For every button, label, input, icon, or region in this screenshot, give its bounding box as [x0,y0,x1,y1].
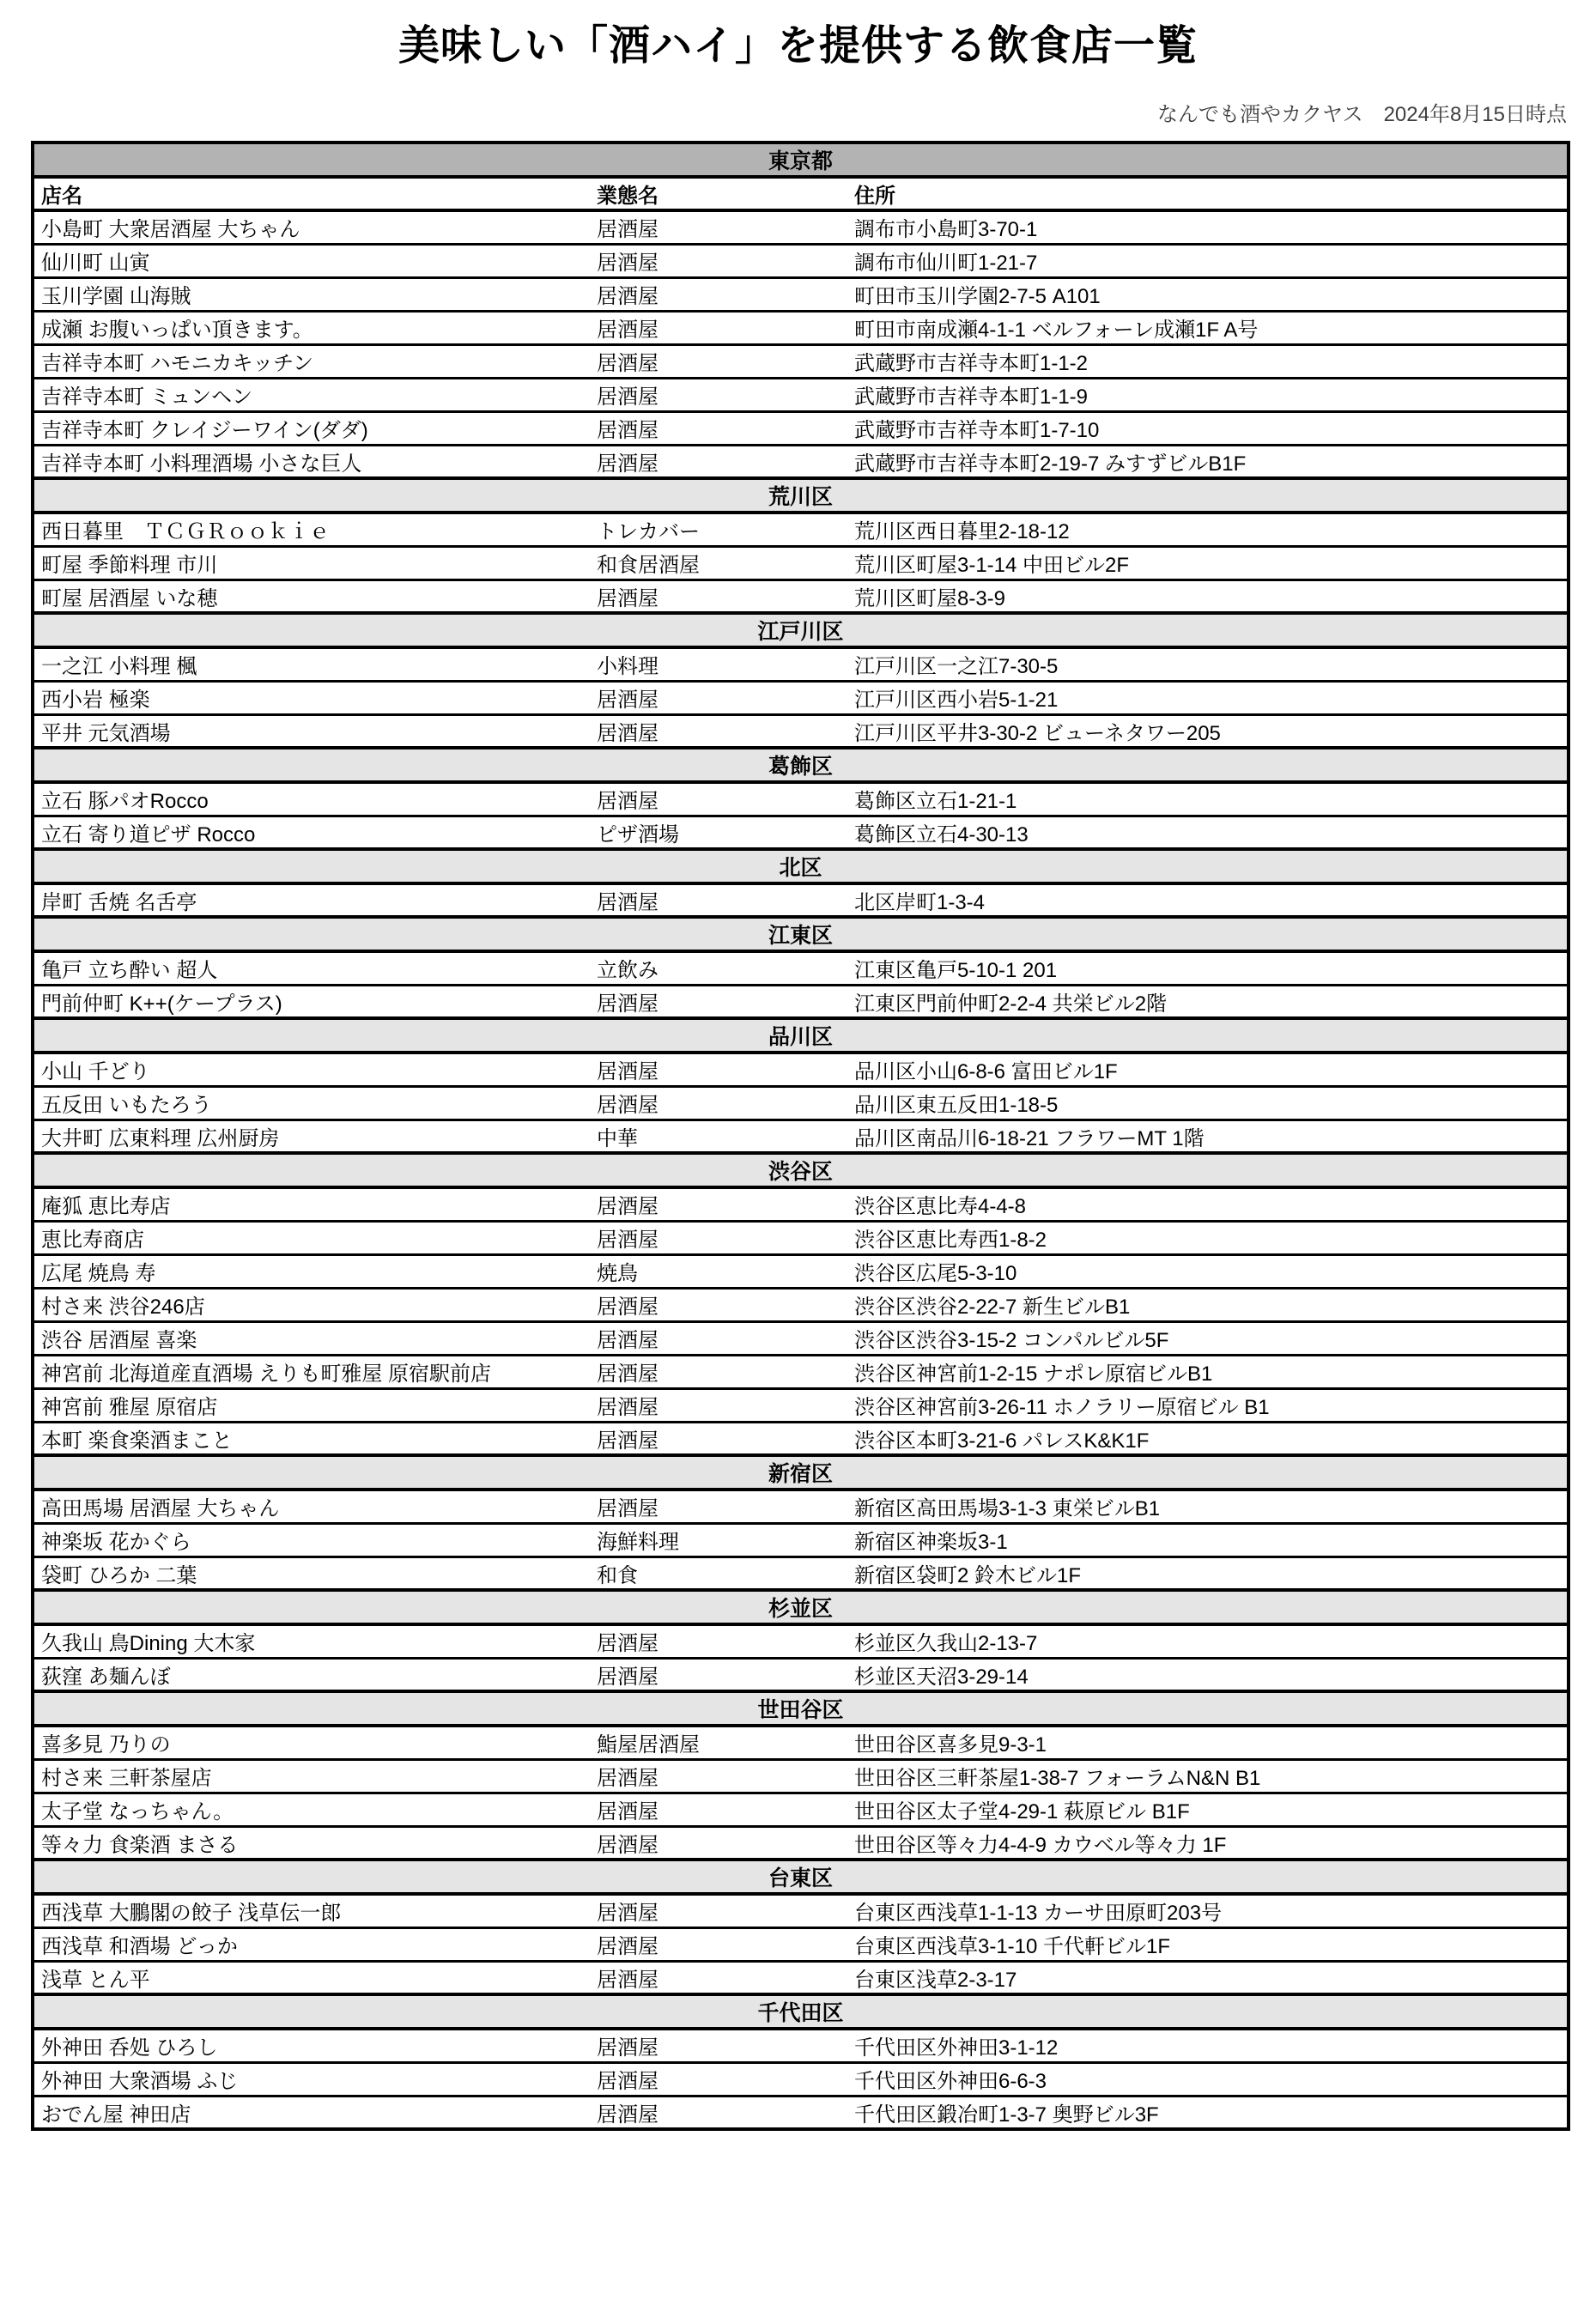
store-type-cell: 居酒屋 [597,1961,854,1994]
store-type-cell: 居酒屋 [597,1086,854,1120]
store-type-cell: 居酒屋 [597,1355,854,1388]
store-address-cell: 千代田区鍛冶町1-3-7 奥野ビル3F [854,2096,1569,2129]
store-name-cell: 荻窪 あ麺んぼ [33,1658,597,1691]
store-address-cell: 杉並区天沼3-29-14 [854,1658,1569,1691]
store-address-cell: 品川区小山6-8-6 富田ビル1F [854,1053,1569,1086]
store-type-cell: 居酒屋 [597,1288,854,1321]
section-header-北区: 北区 [33,849,1569,883]
store-address-cell: 台東区浅草2-3-17 [854,1961,1569,1994]
column-header-row: 店名業態名住所 [33,177,1569,210]
store-address-cell: 品川区東五反田1-18-5 [854,1086,1569,1120]
store-name-cell: 本町 楽食楽酒まこと [33,1422,597,1455]
store-row: 等々力 食楽酒 まさる居酒屋世田谷区等々力4-4-9 カウベル等々力 1F [33,1826,1569,1860]
store-row: 西浅草 大鵬閣の餃子 浅草伝一郎居酒屋台東区西浅草1-1-13 カーサ田原町20… [33,1894,1569,1927]
store-name-cell: 等々力 食楽酒 まさる [33,1826,597,1860]
store-row: 立石 寄り道ピザ Roccoピザ酒場葛飾区立石4-30-13 [33,816,1569,849]
store-type-cell: 居酒屋 [597,1894,854,1927]
store-name-cell: 町屋 季節料理 市川 [33,546,597,579]
store-name-cell: 小島町 大衆居酒屋 大ちゃん [33,210,597,244]
store-name-cell: 広尾 焼鳥 寿 [33,1254,597,1288]
store-row: 外神田 呑処 ひろし居酒屋千代田区外神田3-1-12 [33,2029,1569,2062]
store-address-cell: 葛飾区立石4-30-13 [854,816,1569,849]
store-name-cell: 西小岩 極楽 [33,681,597,714]
store-address-cell: 荒川区町屋8-3-9 [854,579,1569,613]
store-name-cell: 神宮前 雅屋 原宿店 [33,1388,597,1422]
store-address-cell: 杉並区久我山2-13-7 [854,1624,1569,1658]
store-name-cell: 吉祥寺本町 ミュンヘン [33,378,597,411]
store-address-cell: 世田谷区太子堂4-29-1 萩原ビル B1F [854,1793,1569,1826]
store-address-cell: 武蔵野市吉祥寺本町1-7-10 [854,411,1569,445]
store-row: 小山 千どり居酒屋品川区小山6-8-6 富田ビル1F [33,1053,1569,1086]
store-name-cell: 立石 豚パオRocco [33,782,597,816]
store-name-cell: 袋町 ひろか 二葉 [33,1556,597,1590]
store-row: 町屋 居酒屋 いな穂居酒屋荒川区町屋8-3-9 [33,579,1569,613]
store-address-cell: 台東区西浅草3-1-10 千代軒ビル1F [854,1927,1569,1961]
store-type-cell: 居酒屋 [597,311,854,344]
store-name-cell: おでん屋 神田店 [33,2096,597,2129]
section-title: 江東区 [33,917,1569,951]
store-type-cell: 居酒屋 [597,714,854,748]
store-type-cell: 小料理 [597,647,854,681]
store-name-cell: 西浅草 大鵬閣の餃子 浅草伝一郎 [33,1894,597,1927]
section-title: 杉並区 [33,1590,1569,1624]
store-name-cell: 神宮前 北海道産直酒場 えりも町雅屋 原宿駅前店 [33,1355,597,1388]
store-row: 村さ来 三軒茶屋店居酒屋世田谷区三軒茶屋1-38-7 フォーラムN&N B1 [33,1759,1569,1793]
store-address-cell: 北区岸町1-3-4 [854,883,1569,917]
store-address-cell: 世田谷区等々力4-4-9 カウベル等々力 1F [854,1826,1569,1860]
store-address-cell: 世田谷区三軒茶屋1-38-7 フォーラムN&N B1 [854,1759,1569,1793]
store-address-cell: 渋谷区恵比寿西1-8-2 [854,1221,1569,1254]
section-title: 東京都 [33,143,1569,177]
store-type-cell: 居酒屋 [597,1658,854,1691]
store-address-cell: 世田谷区喜多見9-3-1 [854,1726,1569,1759]
store-name-cell: 立石 寄り道ピザ Rocco [33,816,597,849]
store-type-cell: 居酒屋 [597,579,854,613]
store-type-cell: 海鮮料理 [597,1523,854,1556]
section-title: 世田谷区 [33,1691,1569,1726]
store-address-cell: 渋谷区恵比寿4-4-8 [854,1187,1569,1221]
store-type-cell: 居酒屋 [597,782,854,816]
store-address-cell: 品川区南品川6-18-21 フラワーMT 1階 [854,1120,1569,1153]
store-name-cell: 外神田 大衆酒場 ふじ [33,2062,597,2096]
store-type-cell: 居酒屋 [597,1793,854,1826]
section-title: 葛飾区 [33,748,1569,782]
store-row: 仙川町 山寅居酒屋調布市仙川町1-21-7 [33,244,1569,277]
section-title: 新宿区 [33,1455,1569,1490]
section-header-新宿区: 新宿区 [33,1455,1569,1490]
store-type-cell: 居酒屋 [597,277,854,311]
store-row: 神宮前 北海道産直酒場 えりも町雅屋 原宿駅前店居酒屋渋谷区神宮前1-2-15 … [33,1355,1569,1388]
store-address-cell: 武蔵野市吉祥寺本町2-19-7 みすずビルB1F [854,445,1569,478]
store-address-cell: 千代田区外神田3-1-12 [854,2029,1569,2062]
store-name-cell: 町屋 居酒屋 いな穂 [33,579,597,613]
store-row: 恵比寿商店居酒屋渋谷区恵比寿西1-8-2 [33,1221,1569,1254]
section-header-東京都: 東京都 [33,143,1569,177]
store-address-cell: 江東区亀戸5-10-1 201 [854,951,1569,985]
store-row: 喜多見 乃りの鮨屋居酒屋世田谷区喜多見9-3-1 [33,1726,1569,1759]
store-name-cell: 門前仲町 K++(ケープラス) [33,985,597,1018]
store-row: 岸町 舌焼 名舌亭居酒屋北区岸町1-3-4 [33,883,1569,917]
store-name-cell: 玉川学園 山海賊 [33,277,597,311]
store-name-cell: 五反田 いもたろう [33,1086,597,1120]
section-header-世田谷区: 世田谷区 [33,1691,1569,1726]
store-name-cell: 吉祥寺本町 クレイジーワイン(ダダ) [33,411,597,445]
store-row: 庵狐 恵比寿店居酒屋渋谷区恵比寿4-4-8 [33,1187,1569,1221]
store-address-cell: 武蔵野市吉祥寺本町1-1-2 [854,344,1569,378]
store-type-cell: 居酒屋 [597,445,854,478]
store-address-cell: 新宿区袋町2 鈴木ビル1F [854,1556,1569,1590]
store-type-cell: 居酒屋 [597,1927,854,1961]
section-title: 北区 [33,849,1569,883]
store-type-cell: 居酒屋 [597,883,854,917]
store-row: 吉祥寺本町 ミュンヘン居酒屋武蔵野市吉祥寺本町1-1-9 [33,378,1569,411]
store-row: 五反田 いもたろう居酒屋品川区東五反田1-18-5 [33,1086,1569,1120]
store-type-cell: 居酒屋 [597,1826,854,1860]
store-name-cell: 高田馬場 居酒屋 大ちゃん [33,1490,597,1523]
restaurant-table: 東京都店名業態名住所小島町 大衆居酒屋 大ちゃん居酒屋調布市小島町3-70-1仙… [31,141,1570,2131]
store-name-cell: 平井 元気酒場 [33,714,597,748]
store-address-cell: 渋谷区本町3-21-6 パレスK&K1F [854,1422,1569,1455]
section-header-葛飾区: 葛飾区 [33,748,1569,782]
store-type-cell: 居酒屋 [597,210,854,244]
store-row: 神楽坂 花かぐら海鮮料理新宿区神楽坂3-1 [33,1523,1569,1556]
store-row: 広尾 焼鳥 寿焼鳥渋谷区広尾5-3-10 [33,1254,1569,1288]
store-type-cell: 居酒屋 [597,411,854,445]
store-type-cell: 居酒屋 [597,985,854,1018]
store-name-cell: 成瀬 お腹いっぱい頂きます。 [33,311,597,344]
store-type-cell: 立飲み [597,951,854,985]
page-title: 美味しい「酒ハイ」を提供する飲食店一覧 [0,22,1596,70]
store-row: 吉祥寺本町 小料理酒場 小さな巨人居酒屋武蔵野市吉祥寺本町2-19-7 みすずビ… [33,445,1569,478]
section-title: 台東区 [33,1860,1569,1894]
store-type-cell: 中華 [597,1120,854,1153]
store-name-cell: 吉祥寺本町 小料理酒場 小さな巨人 [33,445,597,478]
store-type-cell: 居酒屋 [597,244,854,277]
section-title: 千代田区 [33,1994,1569,2029]
store-name-cell: 大井町 広東料理 広州厨房 [33,1120,597,1153]
section-header-荒川区: 荒川区 [33,478,1569,513]
column-header-1: 店名 [33,177,597,210]
store-type-cell: 居酒屋 [597,344,854,378]
store-type-cell: 居酒屋 [597,1221,854,1254]
store-type-cell: 和食居酒屋 [597,546,854,579]
store-name-cell: 一之江 小料理 楓 [33,647,597,681]
store-name-cell: 小山 千どり [33,1053,597,1086]
store-name-cell: 村さ来 渋谷246店 [33,1288,597,1321]
store-name-cell: 恵比寿商店 [33,1221,597,1254]
store-address-cell: 荒川区西日暮里2-18-12 [854,513,1569,546]
store-address-cell: 渋谷区広尾5-3-10 [854,1254,1569,1288]
store-address-cell: 武蔵野市吉祥寺本町1-1-9 [854,378,1569,411]
store-row: 高田馬場 居酒屋 大ちゃん居酒屋新宿区高田馬場3-1-3 東栄ビルB1 [33,1490,1569,1523]
store-address-cell: 渋谷区神宮前3-26-11 ホノラリー原宿ビル B1 [854,1388,1569,1422]
store-address-cell: 千代田区外神田6-6-3 [854,2062,1569,2096]
store-address-cell: 江戸川区一之江7-30-5 [854,647,1569,681]
store-name-cell: 外神田 呑処 ひろし [33,2029,597,2062]
store-name-cell: 太子堂 なっちゃん。 [33,1793,597,1826]
store-name-cell: 西浅草 和酒場 どっか [33,1927,597,1961]
store-address-cell: 江戸川区平井3-30-2 ビューネタワー205 [854,714,1569,748]
store-row: 吉祥寺本町 クレイジーワイン(ダダ)居酒屋武蔵野市吉祥寺本町1-7-10 [33,411,1569,445]
store-name-cell: 庵狐 恵比寿店 [33,1187,597,1221]
restaurant-table-body: 東京都店名業態名住所小島町 大衆居酒屋 大ちゃん居酒屋調布市小島町3-70-1仙… [33,143,1569,2129]
store-name-cell: 神楽坂 花かぐら [33,1523,597,1556]
document-page: 美味しい「酒ハイ」を提供する飲食店一覧 なんでも酒やカクヤス 2024年8月15… [0,0,1596,2318]
store-type-cell: 居酒屋 [597,1490,854,1523]
store-address-cell: 町田市玉川学園2-7-5 A101 [854,277,1569,311]
store-name-cell: 吉祥寺本町 ハモニカキッチン [33,344,597,378]
store-name-cell: 喜多見 乃りの [33,1726,597,1759]
store-name-cell: 村さ来 三軒茶屋店 [33,1759,597,1793]
store-address-cell: 渋谷区渋谷2-22-7 新生ビルB1 [854,1288,1569,1321]
store-row: 袋町 ひろか 二葉和食新宿区袋町2 鈴木ビル1F [33,1556,1569,1590]
store-row: 立石 豚パオRocco居酒屋葛飾区立石1-21-1 [33,782,1569,816]
store-row: 渋谷 居酒屋 喜楽居酒屋渋谷区渋谷3-15-2 コンパルビル5F [33,1321,1569,1355]
store-row: 本町 楽食楽酒まこと居酒屋渋谷区本町3-21-6 パレスK&K1F [33,1422,1569,1455]
store-row: 一之江 小料理 楓小料理江戸川区一之江7-30-5 [33,647,1569,681]
store-type-cell: 焼鳥 [597,1254,854,1288]
section-title: 品川区 [33,1018,1569,1053]
column-header-2: 業態名 [597,177,854,210]
section-header-江戸川区: 江戸川区 [33,613,1569,647]
store-row: 村さ来 渋谷246店居酒屋渋谷区渋谷2-22-7 新生ビルB1 [33,1288,1569,1321]
store-type-cell: 居酒屋 [597,2096,854,2129]
section-title: 荒川区 [33,478,1569,513]
store-type-cell: 居酒屋 [597,1053,854,1086]
store-row: 町屋 季節料理 市川和食居酒屋荒川区町屋3-1-14 中田ビル2F [33,546,1569,579]
store-type-cell: 居酒屋 [597,1759,854,1793]
store-row: 久我山 鳥Dining 大木家居酒屋杉並区久我山2-13-7 [33,1624,1569,1658]
store-address-cell: 江戸川区西小岩5-1-21 [854,681,1569,714]
store-type-cell: 居酒屋 [597,2029,854,2062]
store-name-cell: 岸町 舌焼 名舌亭 [33,883,597,917]
store-address-cell: 荒川区町屋3-1-14 中田ビル2F [854,546,1569,579]
section-title: 江戸川区 [33,613,1569,647]
store-name-cell: 浅草 とん平 [33,1961,597,1994]
store-type-cell: 居酒屋 [597,1321,854,1355]
store-row: 外神田 大衆酒場 ふじ居酒屋千代田区外神田6-6-3 [33,2062,1569,2096]
store-row: 太子堂 なっちゃん。居酒屋世田谷区太子堂4-29-1 萩原ビル B1F [33,1793,1569,1826]
store-row: 平井 元気酒場居酒屋江戸川区平井3-30-2 ビューネタワー205 [33,714,1569,748]
store-row: 荻窪 あ麺んぼ居酒屋杉並区天沼3-29-14 [33,1658,1569,1691]
store-address-cell: 調布市仙川町1-21-7 [854,244,1569,277]
section-header-品川区: 品川区 [33,1018,1569,1053]
store-type-cell: トレカバー [597,513,854,546]
section-header-千代田区: 千代田区 [33,1994,1569,2029]
store-address-cell: 町田市南成瀬4-1-1 ベルフォーレ成瀬1F A号 [854,311,1569,344]
store-address-cell: 新宿区高田馬場3-1-3 東栄ビルB1 [854,1490,1569,1523]
store-row: 玉川学園 山海賊居酒屋町田市玉川学園2-7-5 A101 [33,277,1569,311]
store-name-cell: 渋谷 居酒屋 喜楽 [33,1321,597,1355]
store-type-cell: ピザ酒場 [597,816,854,849]
store-address-cell: 調布市小島町3-70-1 [854,210,1569,244]
store-row: 門前仲町 K++(ケープラス)居酒屋江東区門前仲町2-2-4 共栄ビル2階 [33,985,1569,1018]
store-row: 西浅草 和酒場 どっか居酒屋台東区西浅草3-1-10 千代軒ビル1F [33,1927,1569,1961]
store-address-cell: 台東区西浅草1-1-13 カーサ田原町203号 [854,1894,1569,1927]
store-row: 亀戸 立ち酔い 超人立飲み江東区亀戸5-10-1 201 [33,951,1569,985]
store-type-cell: 居酒屋 [597,1422,854,1455]
store-address-cell: 新宿区神楽坂3-1 [854,1523,1569,1556]
store-type-cell: 鮨屋居酒屋 [597,1726,854,1759]
store-row: 成瀬 お腹いっぱい頂きます。居酒屋町田市南成瀬4-1-1 ベルフォーレ成瀬1F … [33,311,1569,344]
store-row: 神宮前 雅屋 原宿店居酒屋渋谷区神宮前3-26-11 ホノラリー原宿ビル B1 [33,1388,1569,1422]
store-address-cell: 江東区門前仲町2-2-4 共栄ビル2階 [854,985,1569,1018]
section-header-杉並区: 杉並区 [33,1590,1569,1624]
store-name-cell: 久我山 鳥Dining 大木家 [33,1624,597,1658]
store-type-cell: 和食 [597,1556,854,1590]
store-type-cell: 居酒屋 [597,1388,854,1422]
store-row: 小島町 大衆居酒屋 大ちゃん居酒屋調布市小島町3-70-1 [33,210,1569,244]
store-row: 吉祥寺本町 ハモニカキッチン居酒屋武蔵野市吉祥寺本町1-1-2 [33,344,1569,378]
store-address-cell: 渋谷区渋谷3-15-2 コンパルビル5F [854,1321,1569,1355]
store-type-cell: 居酒屋 [597,681,854,714]
section-header-渋谷区: 渋谷区 [33,1153,1569,1187]
store-type-cell: 居酒屋 [597,2062,854,2096]
store-type-cell: 居酒屋 [597,1624,854,1658]
store-row: おでん屋 神田店居酒屋千代田区鍛冶町1-3-7 奥野ビル3F [33,2096,1569,2129]
store-row: 浅草 とん平居酒屋台東区浅草2-3-17 [33,1961,1569,1994]
column-header-3: 住所 [854,177,1569,210]
store-type-cell: 居酒屋 [597,1187,854,1221]
store-type-cell: 居酒屋 [597,378,854,411]
store-row: 西小岩 極楽居酒屋江戸川区西小岩5-1-21 [33,681,1569,714]
store-address-cell: 葛飾区立石1-21-1 [854,782,1569,816]
source-and-date-note: なんでも酒やカクヤス 2024年8月15日時点 [0,97,1567,127]
store-address-cell: 渋谷区神宮前1-2-15 ナポレ原宿ビルB1 [854,1355,1569,1388]
store-row: 大井町 広東料理 広州厨房中華品川区南品川6-18-21 フラワーMT 1階 [33,1120,1569,1153]
store-row: 西日暮里 ＴＣＧＲｏｏｋｉｅトレカバー荒川区西日暮里2-18-12 [33,513,1569,546]
store-name-cell: 仙川町 山寅 [33,244,597,277]
section-header-台東区: 台東区 [33,1860,1569,1894]
store-name-cell: 西日暮里 ＴＣＧＲｏｏｋｉｅ [33,513,597,546]
section-title: 渋谷区 [33,1153,1569,1187]
store-name-cell: 亀戸 立ち酔い 超人 [33,951,597,985]
section-header-江東区: 江東区 [33,917,1569,951]
